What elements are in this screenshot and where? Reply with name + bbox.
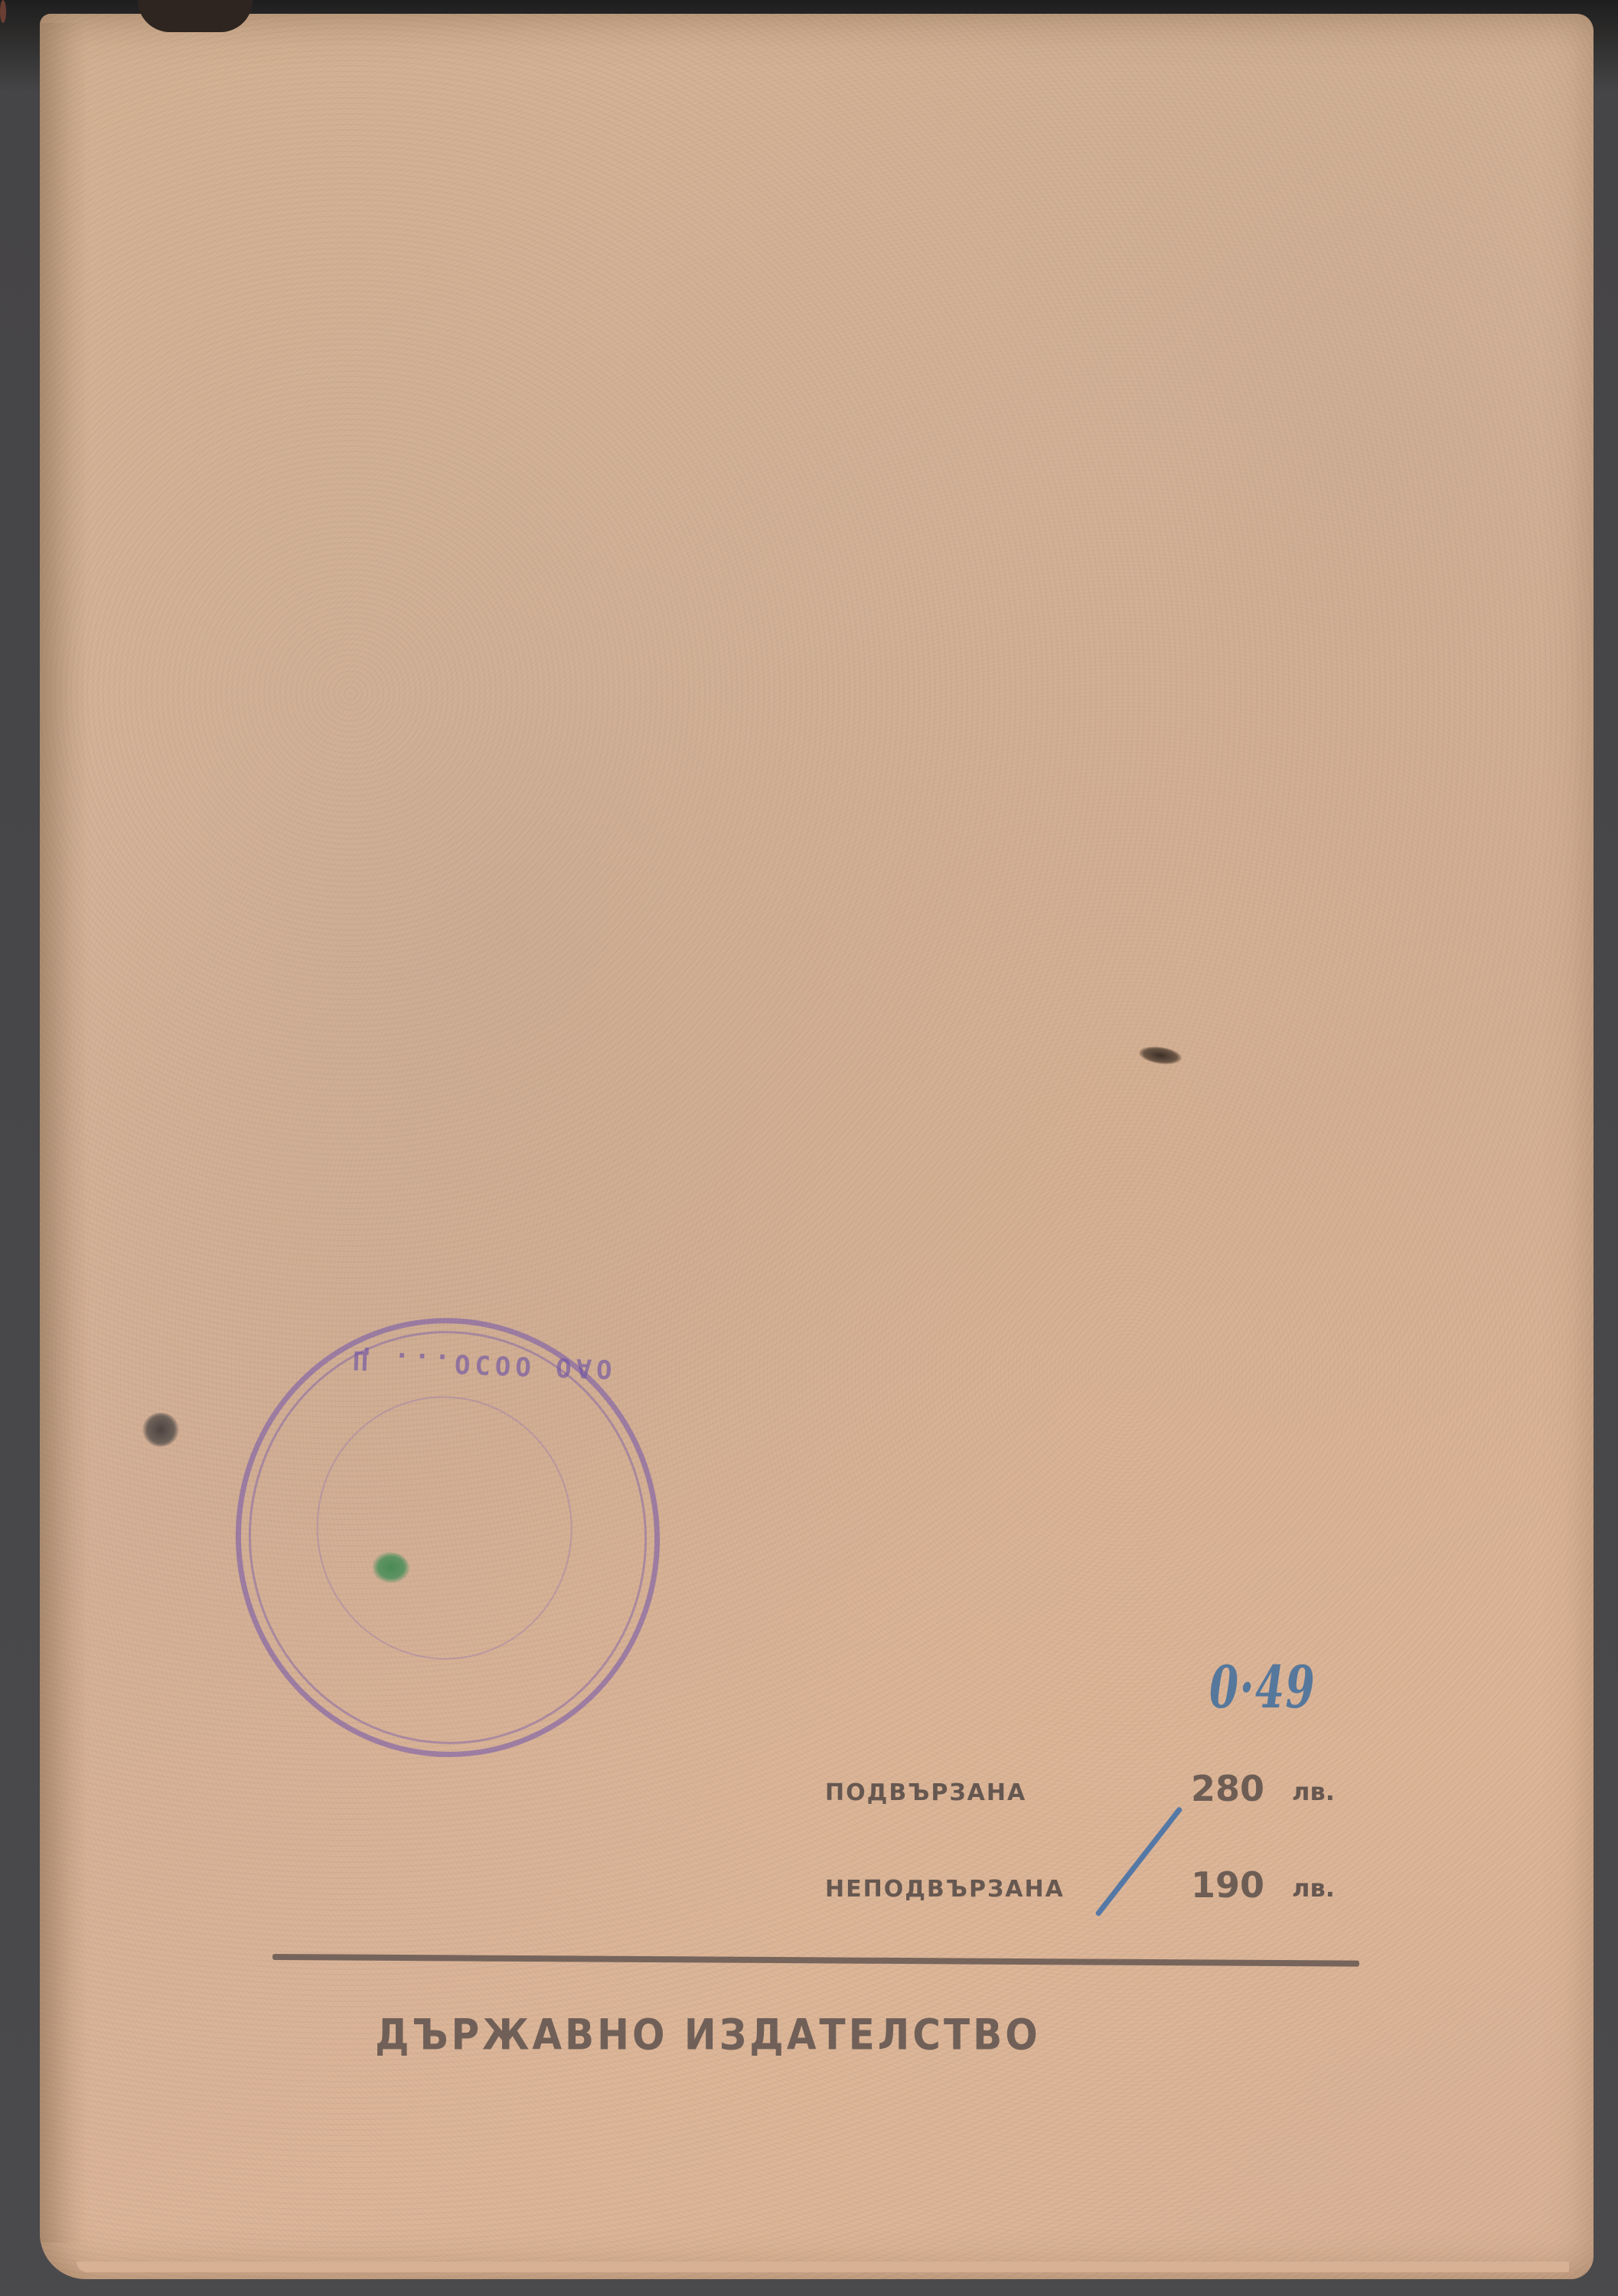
stamp-inner-ring: [304, 1384, 586, 1672]
price-block: ПОДВЪРЗАНА 280 лв. НЕПОДВЪРЗАНА 190 лв.: [825, 1760, 1376, 1953]
torn-top-edge: [138, 0, 253, 32]
price-row-unbound: НЕПОДВЪРЗАНА 190 лв.: [825, 1857, 1376, 1903]
publisher-name: ДЪРЖАВНО ИЗДАТЕЛСТВО: [375, 2011, 1041, 2060]
price-label: ПОДВЪРЗАНА: [825, 1779, 1026, 1806]
price-unit: лв.: [1292, 1777, 1335, 1806]
stain-mark: [142, 1413, 179, 1446]
price-value: 280: [1191, 1768, 1264, 1809]
green-ink-spot: [373, 1552, 409, 1583]
price-label: НЕПОДВЪРЗАНА: [825, 1876, 1065, 1903]
handwritten-note: 0·49: [1209, 1653, 1316, 1721]
price-value: 190: [1191, 1864, 1264, 1906]
price-unit: лв.: [1292, 1874, 1335, 1903]
ink-speck: [0, 0, 6, 23]
bottom-page-edge: [77, 2262, 1569, 2272]
price-row-bound: ПОДВЪРЗАНА 280 лв.: [825, 1760, 1376, 1806]
spine-crease: [40, 23, 86, 2242]
